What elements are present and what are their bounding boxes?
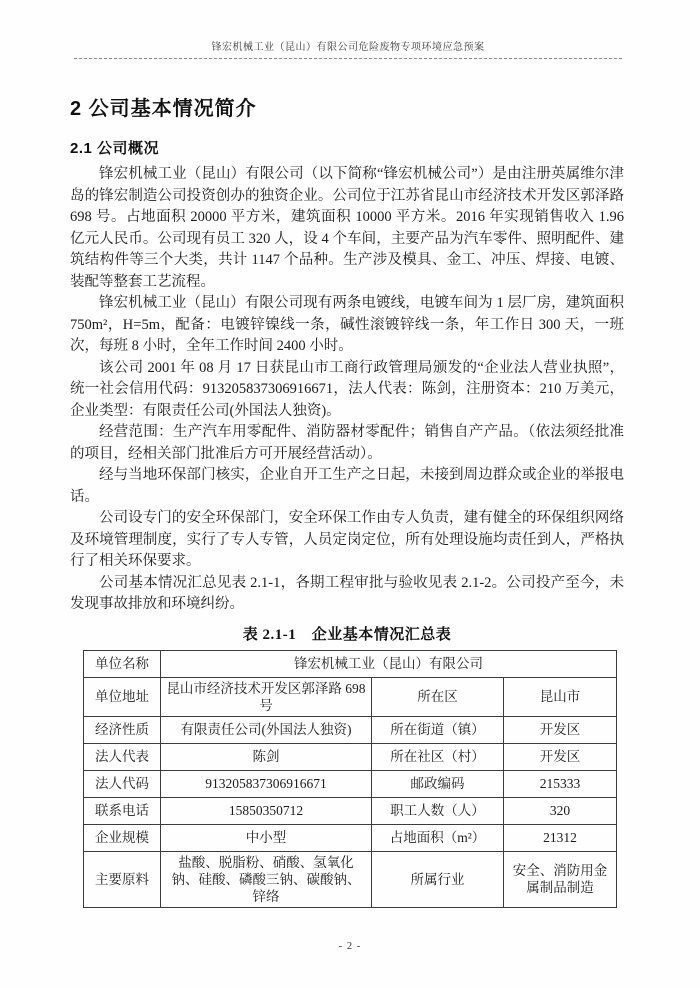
section-body: 锋宏机械工业（昆山）有限公司（以下简称“锋宏机械公司”）是由注册英属维尔津岛的锋… — [70, 164, 624, 616]
table-caption: 表 2.1-1 企业基本情况汇总表 — [70, 623, 624, 644]
table-cell-value: 21312 — [504, 824, 617, 851]
paragraph: 经与当地环保部门核实，企业自开工生产之日起，未接到周边群众或企业的举报电话。 — [70, 465, 624, 508]
table-cell-label: 所在社区（村） — [372, 743, 504, 770]
table-cell-label: 法人代码 — [84, 770, 161, 797]
paragraph: 该公司 2001 年 08 月 17 日获昆山市工商行政管理局颁发的“企业法人营… — [70, 358, 624, 423]
page-footer: - 2 - — [0, 941, 700, 952]
table-cell-label: 占地面积（m²） — [372, 824, 504, 851]
table-cell-value: 盐酸、脱脂粉、硝酸、氢氧化钠、硅酸、磷酸三钠、碳酸钠、锌络 — [161, 851, 372, 907]
table-cell-label: 企业规模 — [84, 824, 161, 851]
table-cell-value: 有限责任公司(外国法人独资) — [161, 716, 372, 743]
paragraph: 锋宏机械工业（昆山）有限公司现有两条电镀线，电镀车间为 1 层厂房，建筑面积 7… — [70, 293, 624, 358]
paragraph: 公司设专门的安全环保部门，安全环保工作由专人负责，建有健全的环保组织网络及环境管… — [70, 508, 624, 573]
table-cell-label: 单位名称 — [84, 650, 161, 677]
table-cell-value: 320 — [504, 797, 617, 824]
page-number: - 2 - — [339, 941, 362, 952]
table-cell-label: 职工人数（人） — [372, 797, 504, 824]
paragraph: 公司基本情况汇总见表 2.1-1，各期工程审批与验收见表 2.1-2。公司投产至… — [70, 573, 624, 616]
table-cell-value: 开发区 — [504, 716, 617, 743]
table-cell-value: 锋宏机械工业（昆山）有限公司 — [161, 650, 617, 677]
table-cell-label: 主要原料 — [84, 851, 161, 907]
table-row: 联系电话 15850350712 职工人数（人） 320 — [84, 797, 617, 824]
page-content: 2 公司基本情况简介 2.1 公司概况 锋宏机械工业（昆山）有限公司（以下简称“… — [70, 86, 624, 908]
table-row: 单位地址 昆山市经济技术开发区郭泽路 698 号 所在区 昆山市 — [84, 677, 617, 716]
table-cell-label: 联系电话 — [84, 797, 161, 824]
table-row: 法人代表 陈剑 所在社区（村） 开发区 — [84, 743, 617, 770]
chapter-title: 2 公司基本情况简介 — [70, 92, 624, 121]
company-info-table: 单位名称 锋宏机械工业（昆山）有限公司 单位地址 昆山市经济技术开发区郭泽路 6… — [83, 650, 617, 908]
table-cell-label: 所属行业 — [372, 851, 504, 907]
table-row: 单位名称 锋宏机械工业（昆山）有限公司 — [84, 650, 617, 677]
table-cell-value: 215333 — [504, 770, 617, 797]
section-title: 2.1 公司概况 — [70, 137, 624, 158]
table-cell-label: 所在区 — [372, 677, 504, 716]
table-row: 经济性质 有限责任公司(外国法人独资) 所在街道（镇） 开发区 — [84, 716, 617, 743]
table-cell-value: 陈剑 — [161, 743, 372, 770]
page-header: 锋宏机械工业（昆山）有限公司危险废物专项环境应急预案 — [74, 38, 622, 59]
table-cell-value: 安全、消防用金属制品制造 — [504, 851, 617, 907]
table-cell-label: 邮政编码 — [372, 770, 504, 797]
table-cell-label: 经济性质 — [84, 716, 161, 743]
paragraph: 经营范围：生产汽车用零配件、消防器材零配件；销售自产产品。（依法须经批准的项目，… — [70, 422, 624, 465]
paragraph: 锋宏机械工业（昆山）有限公司（以下简称“锋宏机械公司”）是由注册英属维尔津岛的锋… — [70, 164, 624, 293]
table-cell-value: 昆山市 — [504, 677, 617, 716]
table-cell-value: 开发区 — [504, 743, 617, 770]
table-cell-label: 法人代表 — [84, 743, 161, 770]
table-cell-label: 所在街道（镇） — [372, 716, 504, 743]
table-cell-value: 中小型 — [161, 824, 372, 851]
table-row: 主要原料 盐酸、脱脂粉、硝酸、氢氧化钠、硅酸、磷酸三钠、碳酸钠、锌络 所属行业 … — [84, 851, 617, 907]
table-cell-value: 15850350712 — [161, 797, 372, 824]
table-row: 法人代码 913205837306916671 邮政编码 215333 — [84, 770, 617, 797]
page-header-title: 锋宏机械工业（昆山）有限公司危险废物专项环境应急预案 — [212, 42, 485, 53]
table-cell-value: 913205837306916671 — [161, 770, 372, 797]
table-cell-value: 昆山市经济技术开发区郭泽路 698 号 — [161, 677, 372, 716]
table-cell-label: 单位地址 — [84, 677, 161, 716]
table-row: 企业规模 中小型 占地面积（m²） 21312 — [84, 824, 617, 851]
document-page: 锋宏机械工业（昆山）有限公司危险废物专项环境应急预案 2 公司基本情况简介 2.… — [0, 0, 700, 990]
